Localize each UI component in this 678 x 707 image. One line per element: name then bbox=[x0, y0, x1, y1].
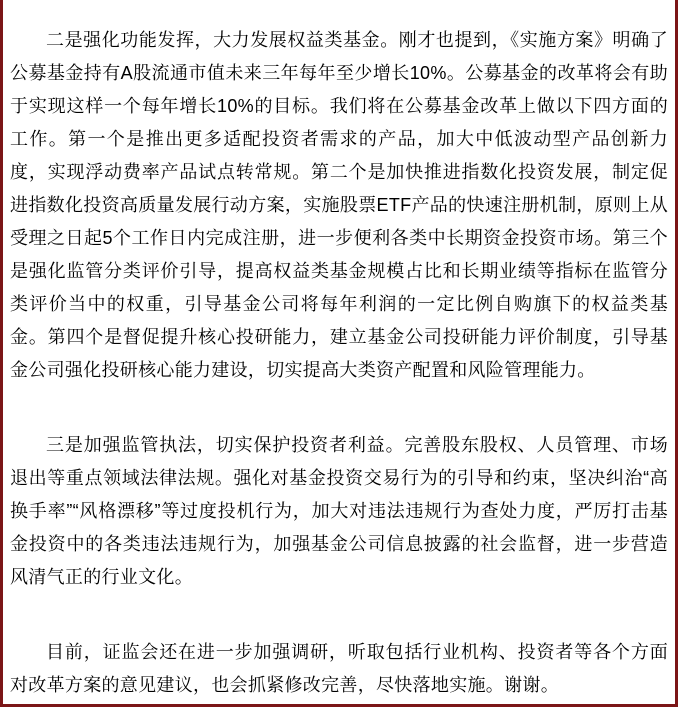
paragraph-equity-funds: 二是强化功能发挥，大力发展权益类基金。刚才也提到，《实施方案》明确了公募基金持有… bbox=[10, 24, 668, 387]
paragraph-regulatory-enforcement: 三是加强监管执法，切实保护投资者利益。完善股东股权、人员管理、市场退出等重点领域… bbox=[10, 429, 668, 594]
paragraph-closing-remarks: 目前，证监会还在进一步加强调研，听取包括行业机构、投资者等各个方面对改革方案的意… bbox=[10, 636, 668, 702]
document-page: 二是强化功能发挥，大力发展权益类基金。刚才也提到，《实施方案》明确了公募基金持有… bbox=[0, 0, 678, 707]
